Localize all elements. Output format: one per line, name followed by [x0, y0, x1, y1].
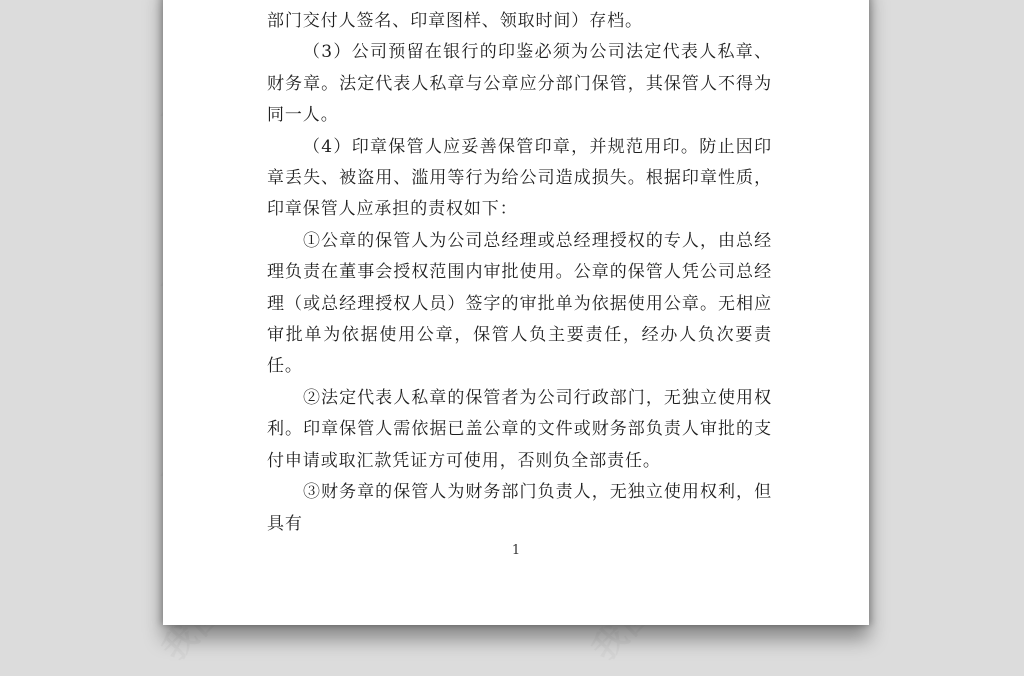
document-body: 部门交付人签名、印章图样、领取时间）存档。 （3）公司预留在银行的印鉴必须为公司…: [267, 6, 772, 540]
paragraph: （3）公司预留在银行的印鉴必须为公司法定代表人私章、财务章。法定代表人私章与公章…: [267, 37, 772, 131]
page-number: 1: [163, 543, 869, 558]
paragraph: ②法定代表人私章的保管者为公司行政部门，无独立使用权利。印章保管人需依据已盖公章…: [267, 383, 772, 477]
paragraph: ①公章的保管人为公司总经理或总经理授权的专人，由总经理负责在董事会授权范围内审批…: [267, 226, 772, 383]
paragraph: ③财务章的保管人为财务部门负责人，无独立使用权利，但具有: [267, 477, 772, 540]
paragraph: （4）印章保管人应妥善保管印章，并规范用印。防止因印章丢失、被盗用、滥用等行为给…: [267, 132, 772, 226]
paragraph: 部门交付人签名、印章图样、领取时间）存档。: [267, 6, 772, 37]
document-page: 部门交付人签名、印章图样、领取时间）存档。 （3）公司预留在银行的印鉴必须为公司…: [163, 0, 869, 625]
